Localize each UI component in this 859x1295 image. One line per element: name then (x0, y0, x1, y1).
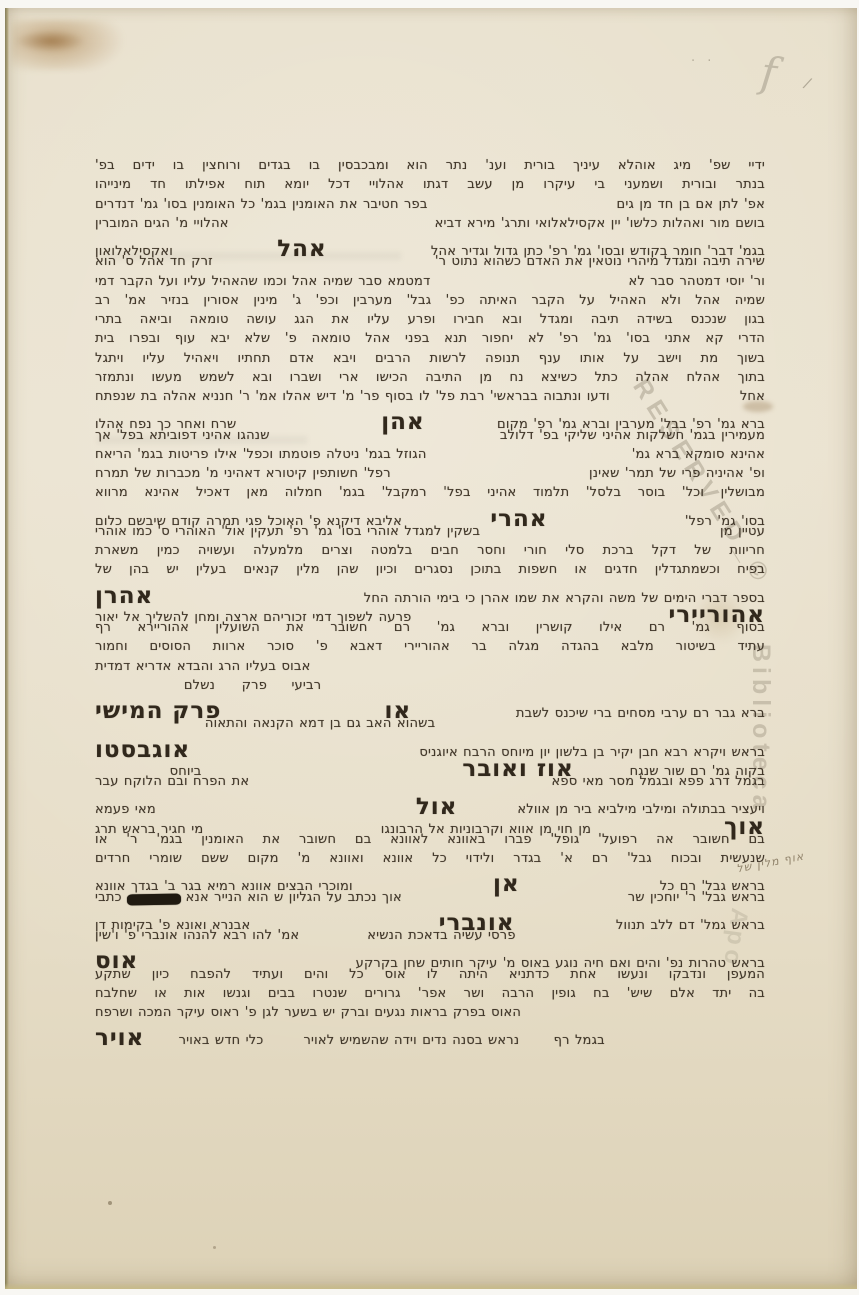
body-text-segment: בגון שנכנס בשידה תיבה ומגדל ובא חבירו ופ… (95, 312, 765, 327)
text-line: ידיי שפ' מיג אוהלא עיניך בורית וענ' נתר … (95, 158, 765, 177)
text-line: בם חשובר אה רפועל' גופל' פברו באוונא לאו… (95, 832, 765, 851)
body-text-segment: ברא גבר רם ערבי מסחים ברי שיכנס לשבת (516, 706, 765, 721)
text-line: בה יתד אלם שיש' בח גופין הרבה ושר אפר' ג… (95, 986, 765, 1005)
body-text-segment: אוך נכתב על הגליון ש הוא הנייר אנא (186, 890, 402, 905)
body-text-segment: מאי פעמא (95, 802, 156, 817)
headword: או (384, 698, 411, 724)
body-text-segment: זרק חד אהל ס' הוא (95, 254, 213, 269)
body-text-segment: עטיין מן (720, 524, 765, 539)
body-text-segment: שמיה אהל ולא האהיל על הקבר האיתה כפ' גבל… (95, 293, 765, 308)
body-text-segment: ופ' אהיניה פרי של תמר' שאינן (589, 466, 765, 481)
headword: אהרי (490, 506, 547, 532)
corner-stain-small (15, 30, 85, 52)
headword: פרק המישי (95, 698, 221, 724)
text-line: ואקסילאלואוןאהלבגמ' דבר' חומר בקודש ובסו… (95, 235, 765, 254)
body-text-segment: אהינא סומקא ברא גמ' (632, 447, 765, 462)
body-text-segment: שנהגו אהיני דפוביתא בפל' אך (95, 428, 270, 443)
body-text-segment: אחל (740, 389, 765, 404)
text-line: בפר חטיבר את האומנין בגמ' כל האומנין בסו… (95, 197, 765, 216)
body-text-segment: ור' יוסי דמטהר סבר לא (628, 274, 765, 289)
body-text-segment: בפר חטיבר את האומנין בגמ' כל האומנין בסו… (95, 197, 428, 212)
headword: אוס (95, 948, 138, 974)
text-line: בפיח וכשמתגדלין חדגים או חשפות בתוכן נסג… (95, 562, 765, 581)
text-line: אוירכלי חדש באוירנראש בסנה נדים וידה שהש… (95, 1024, 765, 1043)
headword: אוך (724, 814, 765, 840)
text-line: אוסבראש טהרות נפ' והים ואם חיה נוגע באוס… (95, 947, 765, 966)
text-line: נשלםפרקרביעי (95, 678, 765, 697)
body-text-segment: כתבי (95, 890, 122, 905)
text-line: ודעו ונתבוה בבראשי' רבת פל' לו בסוף פר' … (95, 389, 765, 408)
headword: אהוריירי (669, 602, 765, 628)
pencil-slash-mark: / (801, 74, 813, 92)
headword: אהרן (95, 583, 153, 609)
body-text-segment: בגמל דרג פפא ובגמל מסר מאי ספא (551, 774, 765, 789)
body-text-segment: עתיד בשיטור מלבא בהגדה מגלה בר אהוריירי … (95, 639, 765, 654)
text-line: שמיה אהל ולא האהיל על הקבר האיתה כפ' גבל… (95, 293, 765, 312)
page-edge-left (5, 8, 9, 1289)
text-line: רפל' חשותפין קיטורא דאהיני מ' מכברות של … (95, 466, 765, 485)
scanned-page: RESERVED_© Biblioteca Apo f / · · ידיי ש… (0, 0, 859, 1295)
page-edge-bottom (5, 1283, 857, 1289)
body-text-segment: האוס בפרק בראות נגעים וברק יש בשער לגן פ… (95, 1005, 521, 1020)
body-text-segment: מעמירין בגמ' חשלקות אהיני שליקי בפ' דלול… (500, 428, 765, 443)
paper-speck (213, 1246, 216, 1249)
text-line: בנתר ובורית ושמעני בי עיקרו מן עשב דגתו … (95, 177, 765, 196)
body-text-segment: ודעו ונתבוה בבראשי' רבת פל' לו בסוף פר' … (95, 389, 610, 404)
text-line: אבנרא ואונא פ' בקימות דןאונבריבראש גמל' … (95, 909, 765, 928)
body-text-segment: בנתר ובורית ושמעני בי עיקרו מן עשב דגתו … (95, 177, 765, 192)
body-text-segment: אהלויי מ' הגים המוברין (95, 216, 229, 231)
body-text-segment: בשוך מת וישב על אותו ענף תנופה לרשות הרב… (95, 351, 765, 366)
text-line: שרח ואחר כך נפח אהלואהןברא גמ' רפ' בבל' … (95, 408, 765, 427)
headword: אול (416, 794, 458, 820)
body-text-segment: בתוך אהלח אהלה כתל כשיצא נח מן התיבה הכי… (95, 370, 765, 385)
text-line: האוס בפרק בראות נגעים וברק יש בשער לגן פ… (95, 1005, 765, 1024)
text-line: חריוות של דקל ברכת סלי חורי וחסר חבים בל… (95, 543, 765, 562)
text-line: אהלויי מ' הגים המובריןבושם מור ואהלות כל… (95, 216, 765, 235)
text-column: ידיי שפ' מיג אוהלא עיניך בורית וענ' נתר … (95, 158, 765, 1044)
text-line: בשקין למגדל אוהרי בסו' גמ' רפ' תעקין אול… (95, 524, 765, 543)
body-text-segment: בושם מור ואהלות כלשו' יין אקסילאלואי ותר… (435, 216, 765, 231)
body-text-segment: דמטמא סבר שמיה אהל וכמו שהאהיל עליו ועל … (95, 274, 430, 289)
pencil-mark: f (758, 47, 779, 97)
body-text-segment: בה יתד אלם שיש' בח גופין הרבה ושר אפר' ג… (95, 986, 765, 1001)
headword: אויר (95, 1025, 144, 1051)
text-line: אבוס בעליו הרג והבדא אדריא דמדית (95, 659, 765, 678)
body-text-segment: מבושלין וכל' בוסר בלסל' תלמוד אהיני בפל'… (95, 485, 765, 500)
body-text-segment: כלי חדש באויר (179, 1033, 264, 1048)
text-line: הדרי קא אתני בסו' גמ' רפ' לא יחפור תנא ב… (95, 331, 765, 350)
body-text-segment: נשלם (184, 678, 215, 693)
paper-speck (108, 1201, 112, 1205)
text-line: מבושלין וכל' בוסר בלסל' תלמוד אהיני בפל'… (95, 485, 765, 504)
text-line: דמטמא סבר שמיה אהל וכמו שהאהיל עליו ועל … (95, 274, 765, 293)
pencil-dots: · · (691, 54, 715, 69)
body-text-segment: חריוות של דקל ברכת סלי חורי וחסר חבים בל… (95, 543, 765, 558)
body-text-segment: בם חשובר אה רפועל' גופל' פברו באוונא לאו… (95, 832, 765, 847)
text-line: אליבא דיקנא פ' האוכל פגי תמרה קודם שיבשם… (95, 505, 765, 524)
text-line: שנעשית ובכוח גבל' רם א' בגדר ולידוי כל א… (95, 851, 765, 870)
headword: אוז ואובר (462, 756, 573, 782)
body-text-segment: בראש גבל' ר' יוחכין שר (628, 890, 765, 905)
text-line: כתביאוך נכתב על הגליון ש הוא הנייר אנאבר… (95, 890, 765, 909)
body-text-segment: את הפרח ובם הלוקח עבר (95, 774, 249, 789)
body-text-segment: אמ' להו רבא להנהו אונברי פ' ו'שין (95, 928, 299, 943)
text-line: בשוך מת וישב על אותו ענף תנופה לרשות הרב… (95, 351, 765, 370)
text-line: מאי פעמאאולויעציר בבתולה ומילבי מילביא ב… (95, 793, 765, 812)
body-text-segment: שירה תיבה ומגדל מיהרי נוטאין את האדם כשה… (435, 254, 765, 269)
text-line: פרק המישיאוברא גבר רם ערבי מסחים ברי שיכ… (95, 697, 765, 716)
body-text-segment: ידיי שפ' מיג אוהלא עיניך בורית וענ' נתר … (95, 158, 765, 173)
text-line: בגון שנכנס בשידה תיבה ומגדל ובא חבירו ופ… (95, 312, 765, 331)
body-text-segment: רביעי (291, 678, 321, 693)
body-text-segment: המעפן ונדבקו ונעשו אחת כדתניא היתה לו או… (95, 967, 765, 982)
body-text-segment: בפיח וכשמתגדלין חדגים או חשפות בתוכן נסג… (95, 562, 765, 577)
body-text-segment: רפל' חשותפין קיטורא דאהיני מ' מכברות של … (95, 466, 391, 481)
text-line: ומוכרי הבצים אוונא רמיא בגר ב' בגדך אוונ… (95, 870, 765, 889)
body-text-segment: הגוזל בגמ' ניטלה פוטמתו וכפל' אילו פריטו… (95, 447, 427, 462)
headword: אהל (277, 236, 326, 262)
body-text-segment: נראש בסנה נדים וידה שהשמיש לאויר (303, 1033, 519, 1048)
text-line: המעפן ונדבקו ונעשו אחת כדתניא היתה לו או… (95, 967, 765, 986)
text-line: בתוך אהלח אהלה כתל כשיצא נח מן התיבה הכי… (95, 370, 765, 389)
text-line: אהרןבספר דברי הימים של משה והקרא את שמו … (95, 582, 765, 601)
body-text-segment: שנעשית ובכוח גבל' רם א' בגדר ולידוי כל א… (95, 851, 765, 866)
text-line: בסוף גמ' רם אילו קושרין וברא גמ' רם חשוב… (95, 620, 765, 639)
censor-blot (127, 893, 181, 905)
headword: אהן (381, 409, 424, 435)
text-line: הגוזל בגמ' ניטלה פוטמתו וכפל' אילו פריטו… (95, 447, 765, 466)
body-text-segment: פרק (242, 678, 267, 693)
body-text-segment: בגמל רף (554, 1033, 605, 1048)
body-text-segment: בראש גמל' דם ללב תנוול (616, 918, 765, 933)
body-text-segment: בשקין למגדל אוהרי בסו' גמ' רפ' תעקין אול… (95, 524, 480, 539)
body-text-segment: הדרי קא אתני בסו' גמ' רפ' לא יחפור תנא ב… (95, 331, 765, 346)
text-line: את הפרח ובם הלוקח עברבגמל דרג פפא ובגמל … (95, 774, 765, 793)
body-text-segment: אבוס בעליו הרג והבדא אדריא דמדית (95, 659, 310, 674)
headword: אונברי (439, 910, 515, 936)
paper-sheet: RESERVED_© Biblioteca Apo f / · · ידיי ש… (5, 8, 857, 1289)
text-line: עתיד בשיטור מלבא בהגדה מגלה בר אהוריירי … (95, 639, 765, 658)
body-text-segment: אפ' לתן אם בן חד מן גים (617, 197, 765, 212)
body-text-segment: בסוף גמ' רם אילו קושרין וברא גמ' רם חשוב… (95, 620, 765, 635)
headword: אן (493, 871, 520, 897)
headword: אוגבסטו (95, 737, 190, 763)
text-line: אוגבסטובראש ויקרא רבא חבן יקיר בן בלשון … (95, 736, 765, 755)
text-line: שנהגו אהיני דפוביתא בפל' אךמעמירין בגמ' … (95, 428, 765, 447)
